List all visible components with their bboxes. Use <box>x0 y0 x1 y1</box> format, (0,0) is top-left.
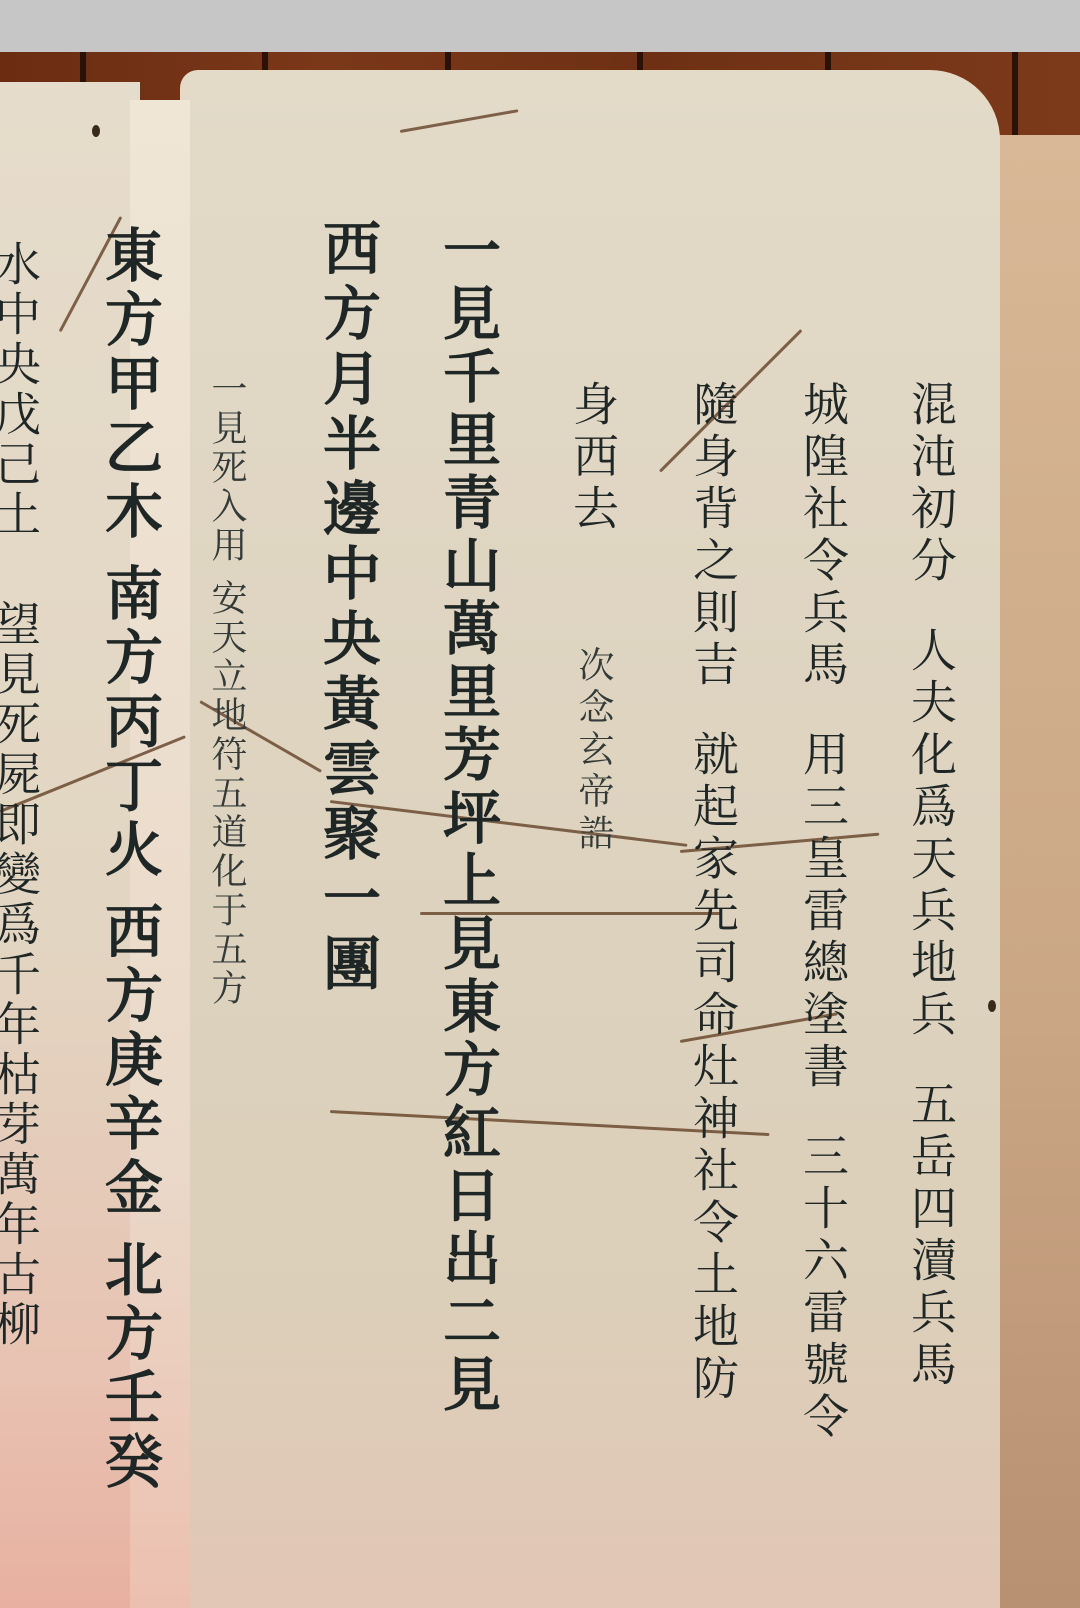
text-segment: 南方丙丁火 <box>95 563 163 883</box>
text-segment: 安天立地符五道化于五方 <box>206 579 247 1008</box>
text-segment: 隨身背之則吉 <box>686 380 740 692</box>
top-bar <box>0 0 1080 52</box>
text-column-7: 一見死入用安天立地符五道化于五方 <box>208 370 244 1008</box>
text-segment: 水中央戊己土 <box>0 240 42 540</box>
text-segment: 三十六雷號令 <box>796 1132 850 1444</box>
text-segment: 就起家先司命灶神社令土地防 <box>686 730 740 1406</box>
text-column-8: 東方甲乙木南方丙丁火西方庚辛金北方壬癸 <box>100 225 158 1495</box>
text-segment: 城隍社令兵馬 <box>796 380 850 692</box>
text-segment: 身西去 <box>566 380 620 536</box>
text-segment: 用三皇雷總塗書 <box>796 730 850 1094</box>
text-segment: 次念玄帝誥 <box>573 646 614 856</box>
paper-hole <box>988 1000 996 1012</box>
text-column-5: 一見千里青山萬里芳坪上見東方紅日出二見 <box>438 220 496 1417</box>
text-column-6: 西方月半邊中央黃雲聚一團 <box>318 218 376 998</box>
paper-hole <box>92 125 100 137</box>
text-column-3: 隨身背之則吉就起家先司命灶神社令土地防 <box>690 380 736 1406</box>
text-segment: 混沌初分 <box>904 380 958 588</box>
text-segment: 東方甲乙木 <box>95 225 163 545</box>
text-segment: 一見死入用 <box>206 370 247 565</box>
text-column-9: 水中央戊己土望見死屍即變爲千年枯芽萬年古柳 <box>0 240 38 1350</box>
text-segment: 一見千里青山萬里芳坪上見東方紅日出二見 <box>433 220 501 1417</box>
text-segment: 望見死屍即變爲千年枯芽萬年古柳 <box>0 600 42 1350</box>
text-segment: 人夫化爲天兵地兵 <box>904 626 958 1042</box>
text-segment: 西方庚辛金 <box>95 901 163 1221</box>
text-column-2: 城隍社令兵馬用三皇雷總塗書三十六雷號令 <box>800 380 846 1444</box>
text-segment: 北方壬癸 <box>95 1239 163 1495</box>
text-segment: 西方月半邊中央黃雲聚一團 <box>313 218 381 998</box>
text-column-1: 混沌初分人夫化爲天兵地兵五岳四瀆兵馬 <box>908 380 954 1392</box>
text-segment: 五岳四瀆兵馬 <box>904 1080 958 1392</box>
text-column-4: 身西去次念玄帝誥 <box>570 380 616 856</box>
